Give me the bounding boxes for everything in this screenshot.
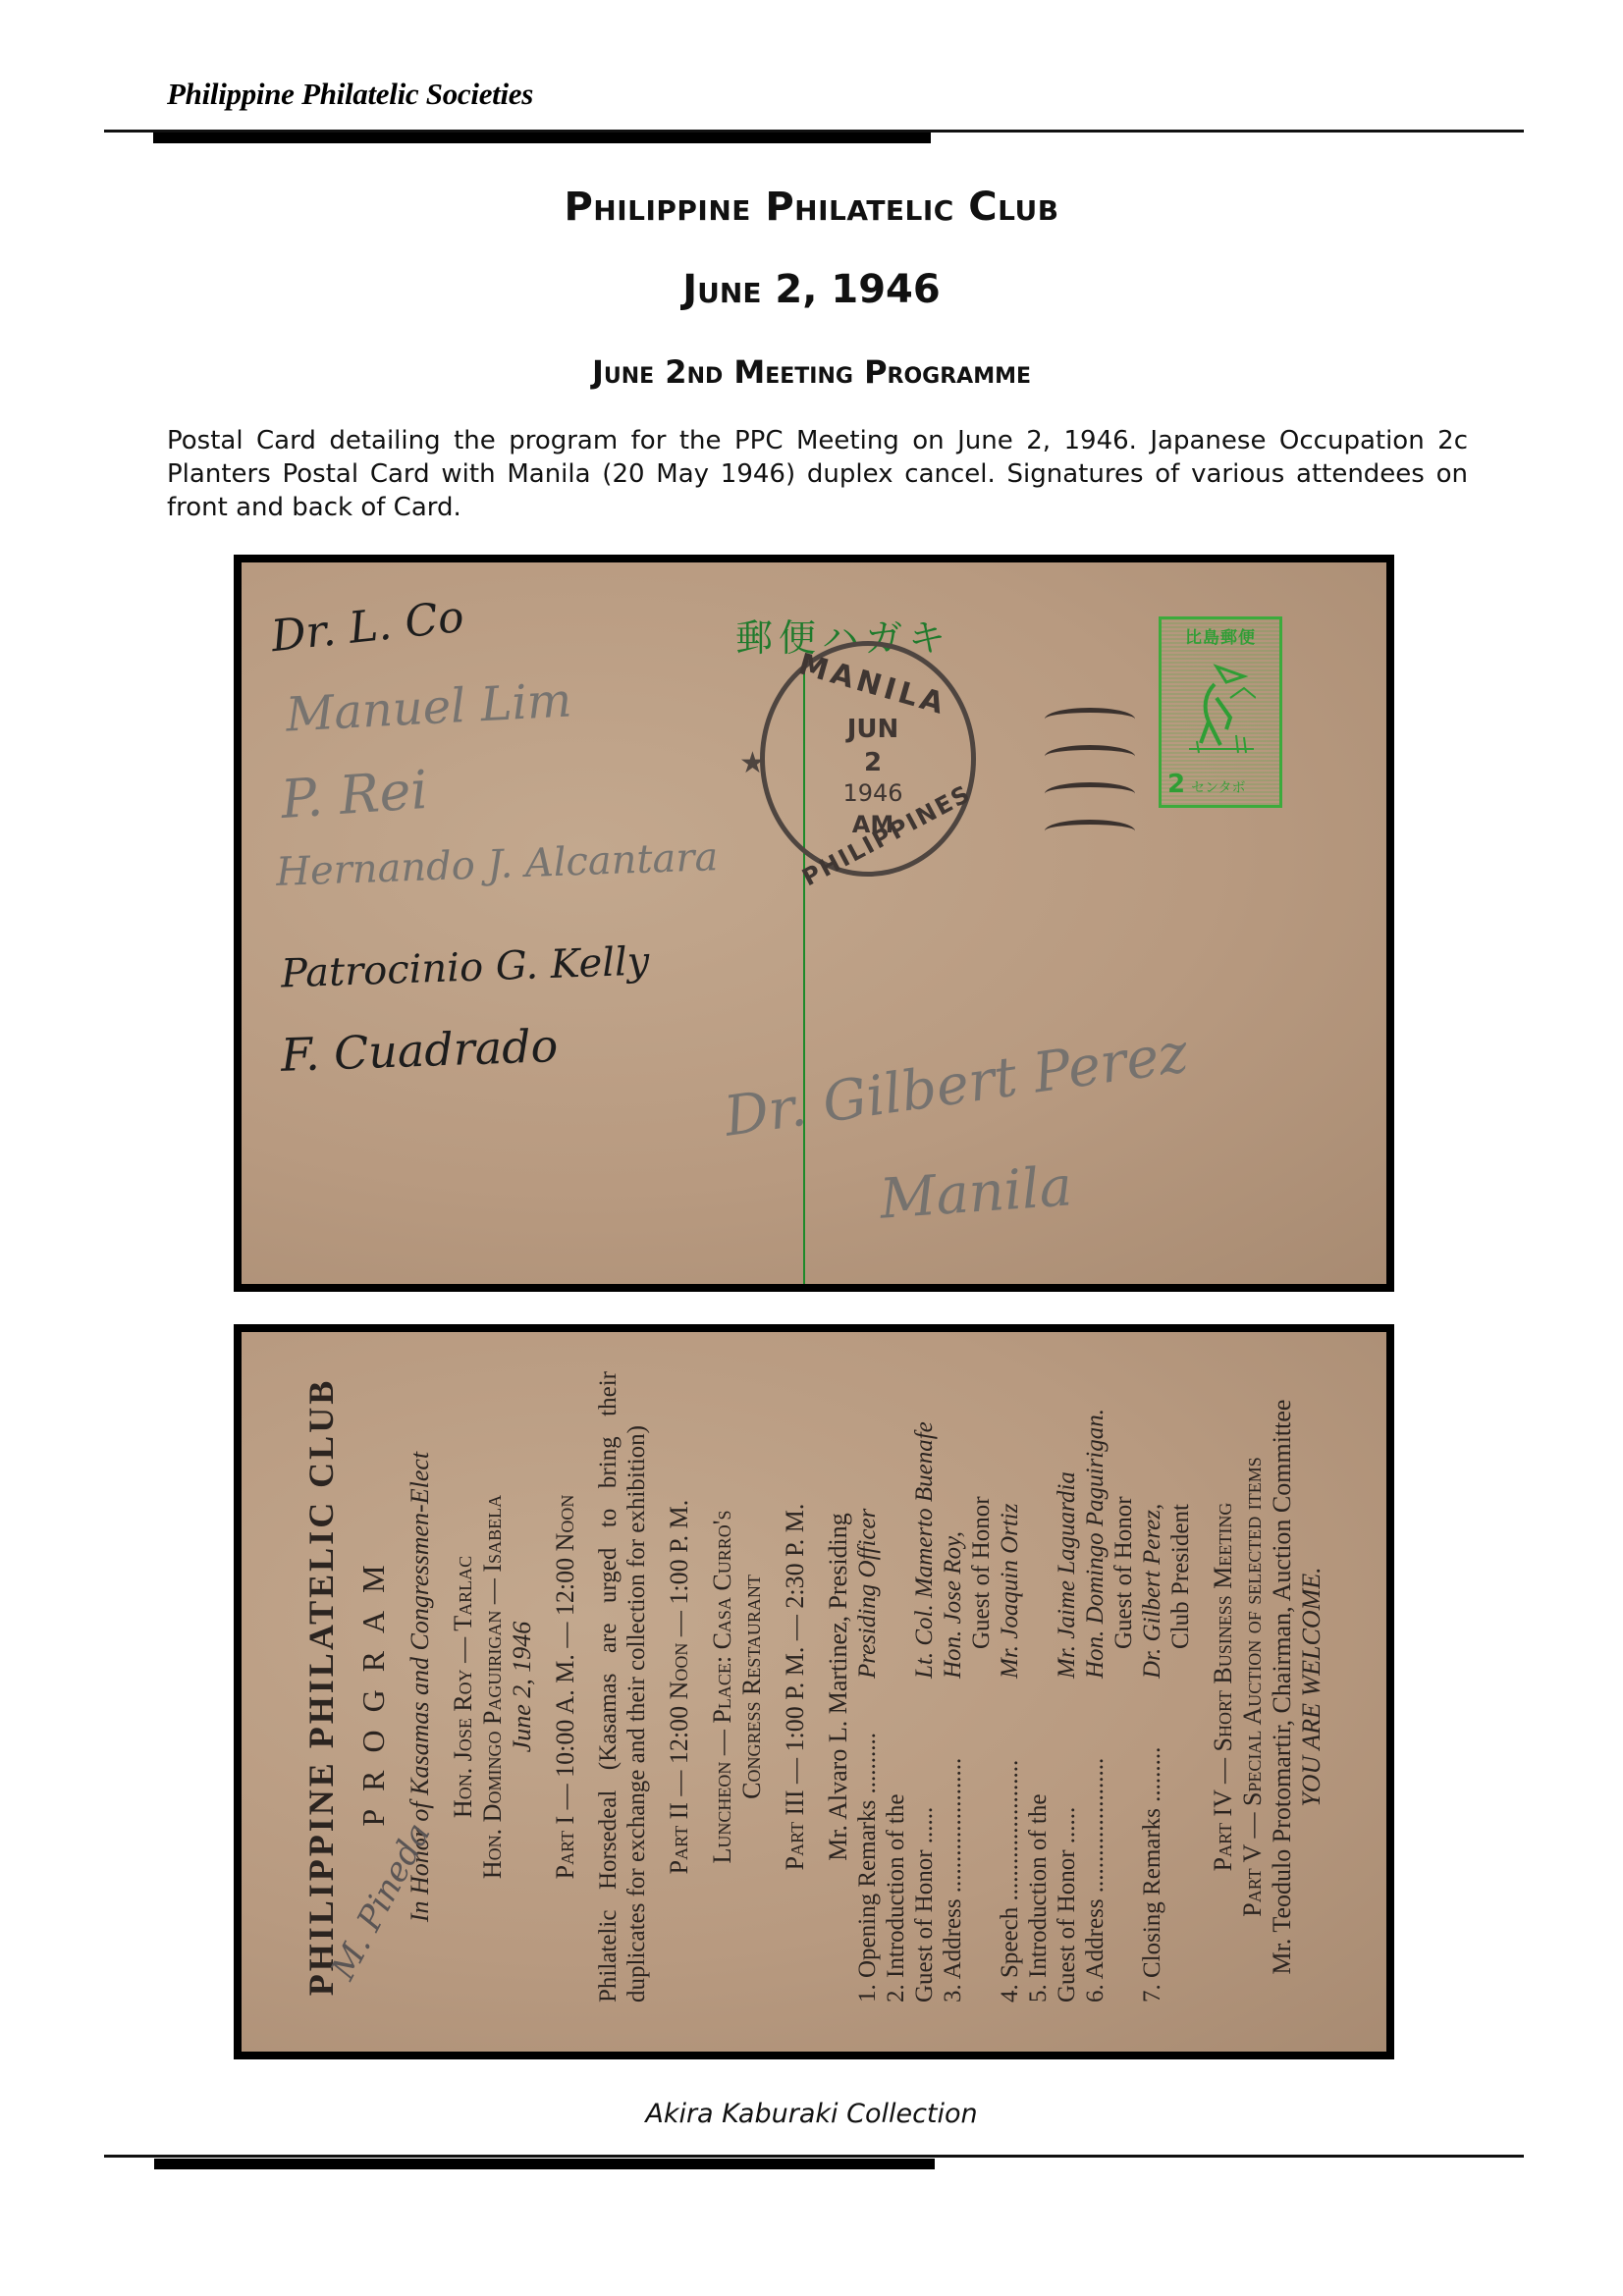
program-item: 2. Introduction of the xyxy=(882,1371,910,2002)
page-subtitle: June 2nd Meeting Programme xyxy=(0,353,1623,391)
cancel-wavy-line-icon xyxy=(1045,820,1135,842)
program-part-1: Part I — 10:00 A. M. — 12:00 Noon xyxy=(551,1371,580,2002)
footer-rule-thick xyxy=(154,2159,935,2169)
stamp-currency: センタボ xyxy=(1191,780,1245,796)
postmark-month: JUN xyxy=(824,715,922,744)
page-title: Philippine Philatelic Club xyxy=(0,185,1623,230)
signature: Dr. L. Co xyxy=(269,592,466,662)
honoree: Hon. Jose Roy — Tarlac xyxy=(449,1371,478,2002)
collection-caption: Akira Kaburaki Collection xyxy=(0,2099,1623,2129)
program-item: 6. Address ......................Hon. Do… xyxy=(1081,1371,1109,2002)
signature: F. Cuadrado xyxy=(280,1019,559,1082)
program-date: June 2, 1946 xyxy=(508,1371,537,2002)
postcard-front: 郵便ハガキ ★ MANILA JUN 2 1946 AM PHILIPPINES… xyxy=(242,562,1386,1284)
postmark-day: 2 xyxy=(824,748,922,777)
program-item: 4. Speech .......................Mr. Joa… xyxy=(996,1371,1024,2002)
welcome-line: YOU ARE WELCOME. xyxy=(1297,1371,1326,2002)
signature: P. Rei xyxy=(279,759,430,830)
program-text: PHILIPPINE PHILATELIC CLUB PROGRAM In Ho… xyxy=(242,1332,1386,2052)
star-icon: ★ xyxy=(739,746,766,780)
signature: Dr. Gilbert Perez xyxy=(721,1021,1192,1149)
cancel-wavy-line-icon xyxy=(1045,782,1135,805)
page-date: June 2, 1946 xyxy=(0,267,1623,312)
program-part-2: Part II — 12:00 Noon — 1:00 P. M. xyxy=(665,1371,694,2002)
auction-chair: Mr. Teodulo Protomartir, Chairman, Aucti… xyxy=(1268,1371,1297,2002)
program-item: Guest of Honor ......Mr. Jaime Laguardia xyxy=(1053,1371,1081,2002)
postcard-back: PHILIPPINE PHILATELIC CLUB PROGRAM In Ho… xyxy=(242,1332,1386,2052)
stamp-heading: 比島郵便 xyxy=(1165,623,1275,648)
program-item-sub: Guest of Honor xyxy=(967,1371,996,2002)
program-heading: PHILIPPINE PHILATELIC CLUB xyxy=(300,1371,342,2002)
luncheon-line: Luncheon — Place: Casa Curro's xyxy=(708,1371,737,2002)
honor-line: In Honor of Kasamas and Congressmen-Elec… xyxy=(406,1371,435,2002)
postmark-year: 1946 xyxy=(824,779,922,807)
postcard-front-frame: 郵便ハガキ ★ MANILA JUN 2 1946 AM PHILIPPINES… xyxy=(234,555,1394,1292)
header-rule-thick xyxy=(153,133,931,143)
program-part-4: Part IV — Short Business Meeting xyxy=(1209,1371,1238,2002)
running-header: Philippine Philatelic Societies xyxy=(167,77,533,112)
signature: Patrocinio G. Kelly xyxy=(280,938,650,996)
program-item-sub: Guest of Honor xyxy=(1109,1371,1138,2002)
rice-planter-icon xyxy=(1187,659,1256,757)
program-part-3: Part III — 1:00 P. M. — 2:30 P. M. xyxy=(781,1371,810,2002)
stamp-denomination: 2 xyxy=(1167,770,1185,799)
postcard-back-frame: PHILIPPINE PHILATELIC CLUB PROGRAM In Ho… xyxy=(234,1324,1394,2059)
signature: Manuel Lim xyxy=(285,672,573,742)
manila-postmark: ★ MANILA JUN 2 1946 AM PHILIPPINES xyxy=(760,641,976,877)
signature: Manila xyxy=(878,1154,1074,1232)
planter-stamp: 比島郵便 2センタボ xyxy=(1159,616,1282,808)
program-item: 5. Introduction of the xyxy=(1024,1371,1053,2002)
honoree: Hon. Domingo Paguirigan — Isabela xyxy=(478,1371,508,2002)
program-item: Guest of Honor ......Lt. Col. Mamerto Bu… xyxy=(910,1371,939,2002)
horsedeal-note: Philatelic Horsedeal (Kasamas are urged … xyxy=(594,1371,651,2002)
cancel-wavy-line-icon xyxy=(1045,745,1135,768)
program-item: 3. Address ......................Hon. Jo… xyxy=(939,1371,967,2002)
cancel-wavy-line-icon xyxy=(1045,708,1135,730)
luncheon-place: Congress Restaurant xyxy=(737,1371,767,2002)
stamp-value: 2センタボ xyxy=(1167,770,1275,799)
program-item: 7. Closing Remarks .........Dr. Gilbert … xyxy=(1138,1371,1166,2002)
program-item-sub: Club President xyxy=(1166,1371,1195,2002)
program-part-5: Part V — Special Auction of selected ite… xyxy=(1238,1371,1268,2002)
program-item: 1. Opening Remarks ..........Presiding O… xyxy=(853,1371,882,2002)
signature: Hernando J. Alcantara xyxy=(275,834,719,895)
footer-rule-thin xyxy=(104,2155,1524,2158)
description-paragraph: Postal Card detailing the program for th… xyxy=(167,424,1468,524)
presiding-line: Mr. Alvaro L. Martinez, Presiding xyxy=(824,1371,853,2002)
